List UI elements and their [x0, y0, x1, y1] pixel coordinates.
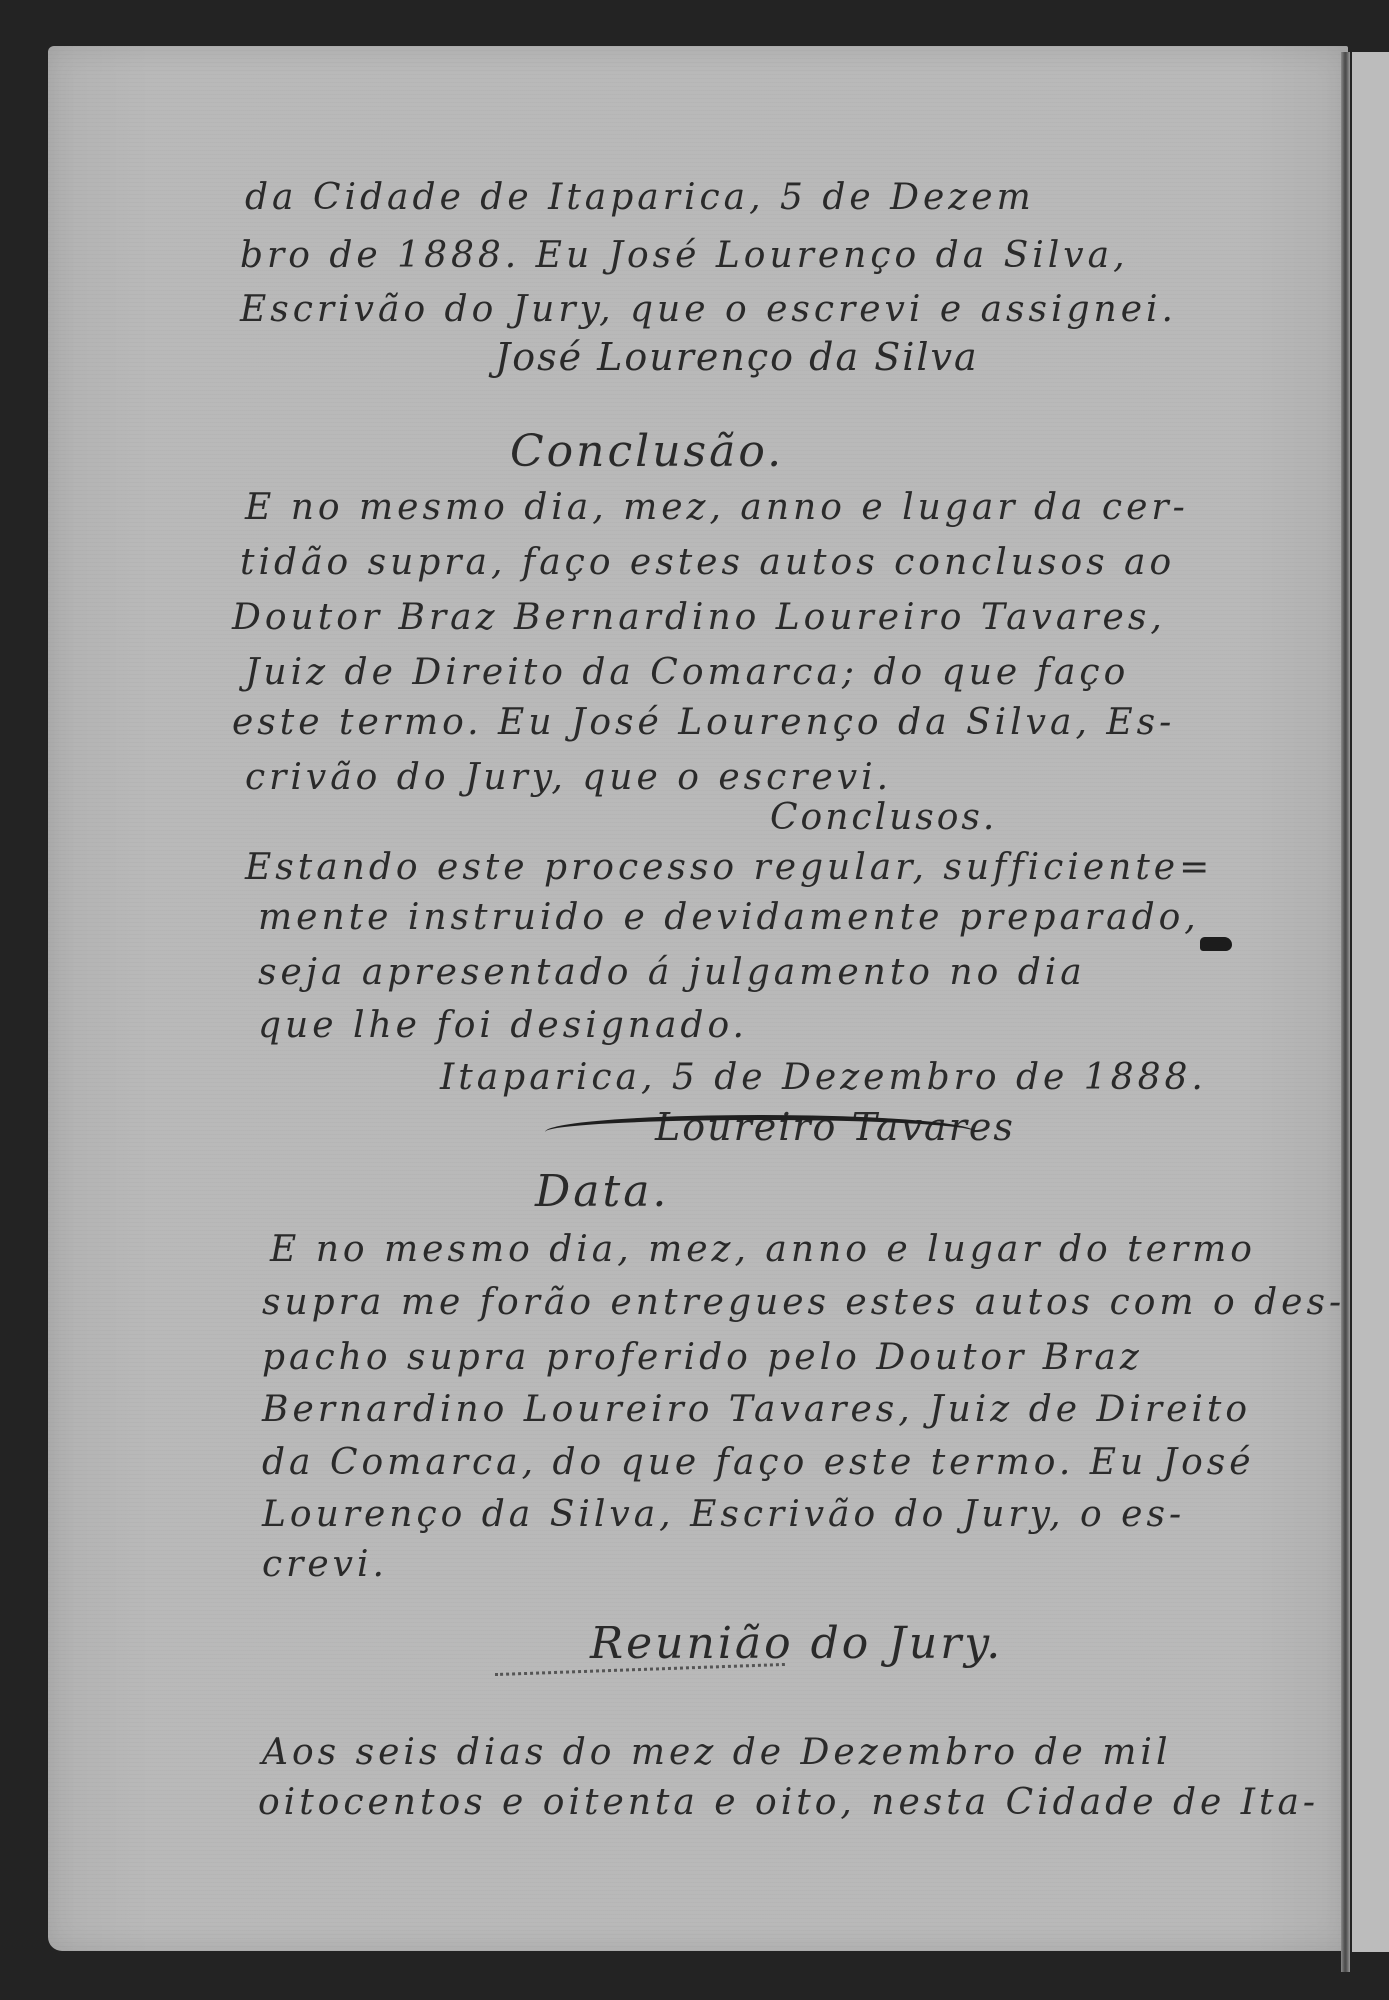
text-line: Bernardino Loureiro Tavares, Juiz de Dir… — [262, 1392, 1251, 1428]
text-line: tidão supra, faço estes autos conclusos … — [240, 545, 1175, 581]
text-line: Estando este processo regular, sufficien… — [245, 850, 1213, 886]
text-line: seja apresentado á julgamento no dia — [258, 955, 1086, 991]
document-scan: da Cidade de Itaparica, 5 de Dezem bro d… — [0, 0, 1389, 2000]
text-line: Doutor Braz Bernardino Loureiro Tavares, — [232, 600, 1166, 636]
text-line: E no mesmo dia, mez, anno e lugar do ter… — [270, 1232, 1256, 1268]
section-heading-data: Data. — [535, 1170, 669, 1214]
place-date: Itaparica, 5 de Dezembro de 1888. — [440, 1060, 1207, 1096]
text-line: Juiz de Direito da Comarca; do que faço — [245, 655, 1129, 691]
text-line: oitocentos e oitenta e oito, nesta Cidad… — [258, 1785, 1319, 1821]
signature-escrivao: José Lourenço da Silva — [495, 335, 979, 379]
section-heading-reuniao-do-jury: Reunião do Jury. — [590, 1622, 1003, 1666]
manuscript-text: da Cidade de Itaparica, 5 de Dezem bro d… — [0, 0, 1389, 2000]
section-heading-conclusao: Conclusão. — [510, 430, 784, 474]
text-line: crevi. — [262, 1547, 388, 1583]
text-line: este termo. Eu José Lourenço da Silva, E… — [232, 705, 1175, 741]
text-line: que lhe foi designado. — [258, 1008, 748, 1044]
text-line: supra me forão entregues estes autos com… — [262, 1285, 1345, 1321]
section-heading-conclusos: Conclusos. — [770, 800, 997, 836]
text-line: pacho supra proferido pelo Doutor Braz — [262, 1340, 1143, 1376]
text-line: da Cidade de Itaparica, 5 de Dezem — [245, 180, 1035, 216]
text-line: Lourenço da Silva, Escrivão do Jury, o e… — [262, 1497, 1185, 1533]
text-line: bro de 1888. Eu José Lourenço da Silva, — [240, 238, 1129, 274]
text-line: Escrivão do Jury, que o escrevi e assign… — [240, 292, 1177, 328]
text-line: E no mesmo dia, mez, anno e lugar da cer… — [245, 490, 1189, 526]
text-line: crivão do Jury, que o escrevi. — [245, 760, 892, 796]
text-line: Aos seis dias do mez de Dezembro de mil — [262, 1735, 1171, 1771]
text-line: da Comarca, do que faço este termo. Eu J… — [262, 1445, 1255, 1481]
text-line: mente instruido e devidamente preparado, — [258, 900, 1200, 936]
